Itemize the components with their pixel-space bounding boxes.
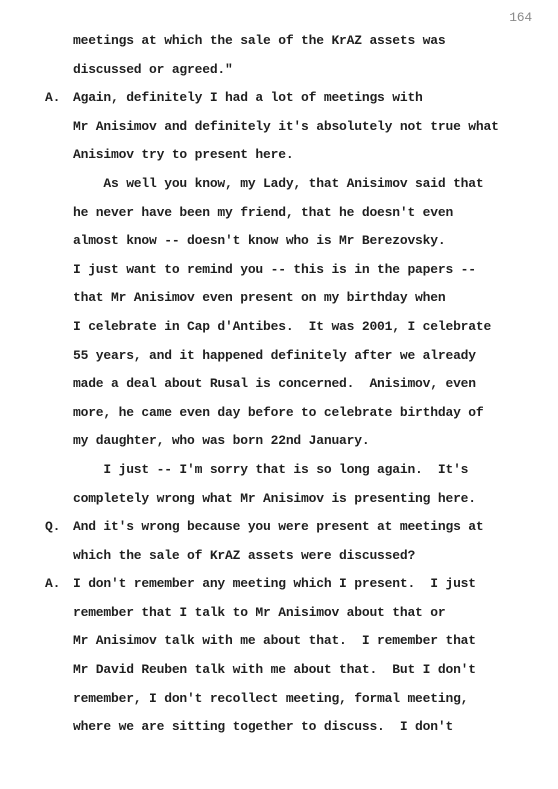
transcript-line: where we are sitting together to discuss… — [73, 713, 538, 742]
line-text: Mr Anisimov talk with me about that. I r… — [73, 633, 476, 648]
line-text: Mr David Reuben talk with me about that.… — [73, 662, 476, 677]
line-text: that Mr Anisimov even present on my birt… — [73, 290, 445, 305]
line-text: I don't remember any meeting which I pre… — [73, 576, 476, 591]
transcript-line: As well you know, my Lady, that Anisimov… — [73, 170, 538, 199]
transcript-line: Mr David Reuben talk with me about that.… — [73, 656, 538, 685]
line-text: which the sale of KrAZ assets were discu… — [73, 548, 415, 563]
line-text: almost know -- doesn't know who is Mr Be… — [73, 233, 445, 248]
line-text: 55 years, and it happened definitely aft… — [73, 348, 476, 363]
transcript-line: he never have been my friend, that he do… — [73, 199, 538, 228]
line-text: he never have been my friend, that he do… — [73, 205, 453, 220]
transcript-line: discussed or agreed." — [73, 56, 538, 85]
transcript-line: remember, I don't recollect meeting, for… — [73, 685, 538, 714]
transcript-line: I just -- I'm sorry that is so long agai… — [73, 456, 538, 485]
transcript-line: almost know -- doesn't know who is Mr Be… — [73, 227, 538, 256]
transcript-line: I just want to remind you -- this is in … — [73, 256, 538, 285]
line-text: more, he came even day before to celebra… — [73, 405, 483, 420]
transcript-line: I celebrate in Cap d'Antibes. It was 200… — [73, 313, 538, 342]
line-text: And it's wrong because you were present … — [73, 519, 483, 534]
transcript-line: Q.And it's wrong because you were presen… — [73, 513, 538, 542]
line-text: remember that I talk to Mr Anisimov abou… — [73, 605, 445, 620]
line-text: As well you know, my Lady, that Anisimov… — [73, 176, 483, 191]
line-text: Anisimov try to present here. — [73, 147, 293, 162]
line-text: Again, definitely I had a lot of meeting… — [73, 90, 423, 105]
line-text: completely wrong what Mr Anisimov is pre… — [73, 491, 476, 506]
transcript-line: Anisimov try to present here. — [73, 141, 538, 170]
line-text: discussed or agreed." — [73, 62, 233, 77]
line-text: Mr Anisimov and definitely it's absolute… — [73, 119, 499, 134]
transcript-line: A.Again, definitely I had a lot of meeti… — [73, 84, 538, 113]
line-text: where we are sitting together to discuss… — [73, 719, 453, 734]
line-text: meetings at which the sale of the KrAZ a… — [73, 33, 445, 48]
transcript-line: that Mr Anisimov even present on my birt… — [73, 284, 538, 313]
page-number: 164 — [509, 10, 532, 25]
line-text: I just -- I'm sorry that is so long agai… — [73, 462, 468, 477]
speaker-label: A. — [45, 84, 60, 113]
transcript-line: Mr Anisimov talk with me about that. I r… — [73, 627, 538, 656]
line-text: made a deal about Rusal is concerned. An… — [73, 376, 476, 391]
transcript-body: meetings at which the sale of the KrAZ a… — [73, 27, 538, 742]
transcript-line: A.I don't remember any meeting which I p… — [73, 570, 538, 599]
transcript-line: Mr Anisimov and definitely it's absolute… — [73, 113, 538, 142]
speaker-label: Q. — [45, 513, 60, 542]
transcript-line: remember that I talk to Mr Anisimov abou… — [73, 599, 538, 628]
speaker-label: A. — [45, 570, 60, 599]
transcript-line: completely wrong what Mr Anisimov is pre… — [73, 485, 538, 514]
transcript-line: which the sale of KrAZ assets were discu… — [73, 542, 538, 571]
line-text: remember, I don't recollect meeting, for… — [73, 691, 468, 706]
transcript-line: made a deal about Rusal is concerned. An… — [73, 370, 538, 399]
line-text: I just want to remind you -- this is in … — [73, 262, 476, 277]
transcript-line: 55 years, and it happened definitely aft… — [73, 342, 538, 371]
transcript-line: my daughter, who was born 22nd January. — [73, 427, 538, 456]
transcript-line: more, he came even day before to celebra… — [73, 399, 538, 428]
line-text: my daughter, who was born 22nd January. — [73, 433, 369, 448]
transcript-line: meetings at which the sale of the KrAZ a… — [73, 27, 538, 56]
transcript-page: 164 meetings at which the sale of the Kr… — [0, 0, 558, 789]
line-text: I celebrate in Cap d'Antibes. It was 200… — [73, 319, 491, 334]
